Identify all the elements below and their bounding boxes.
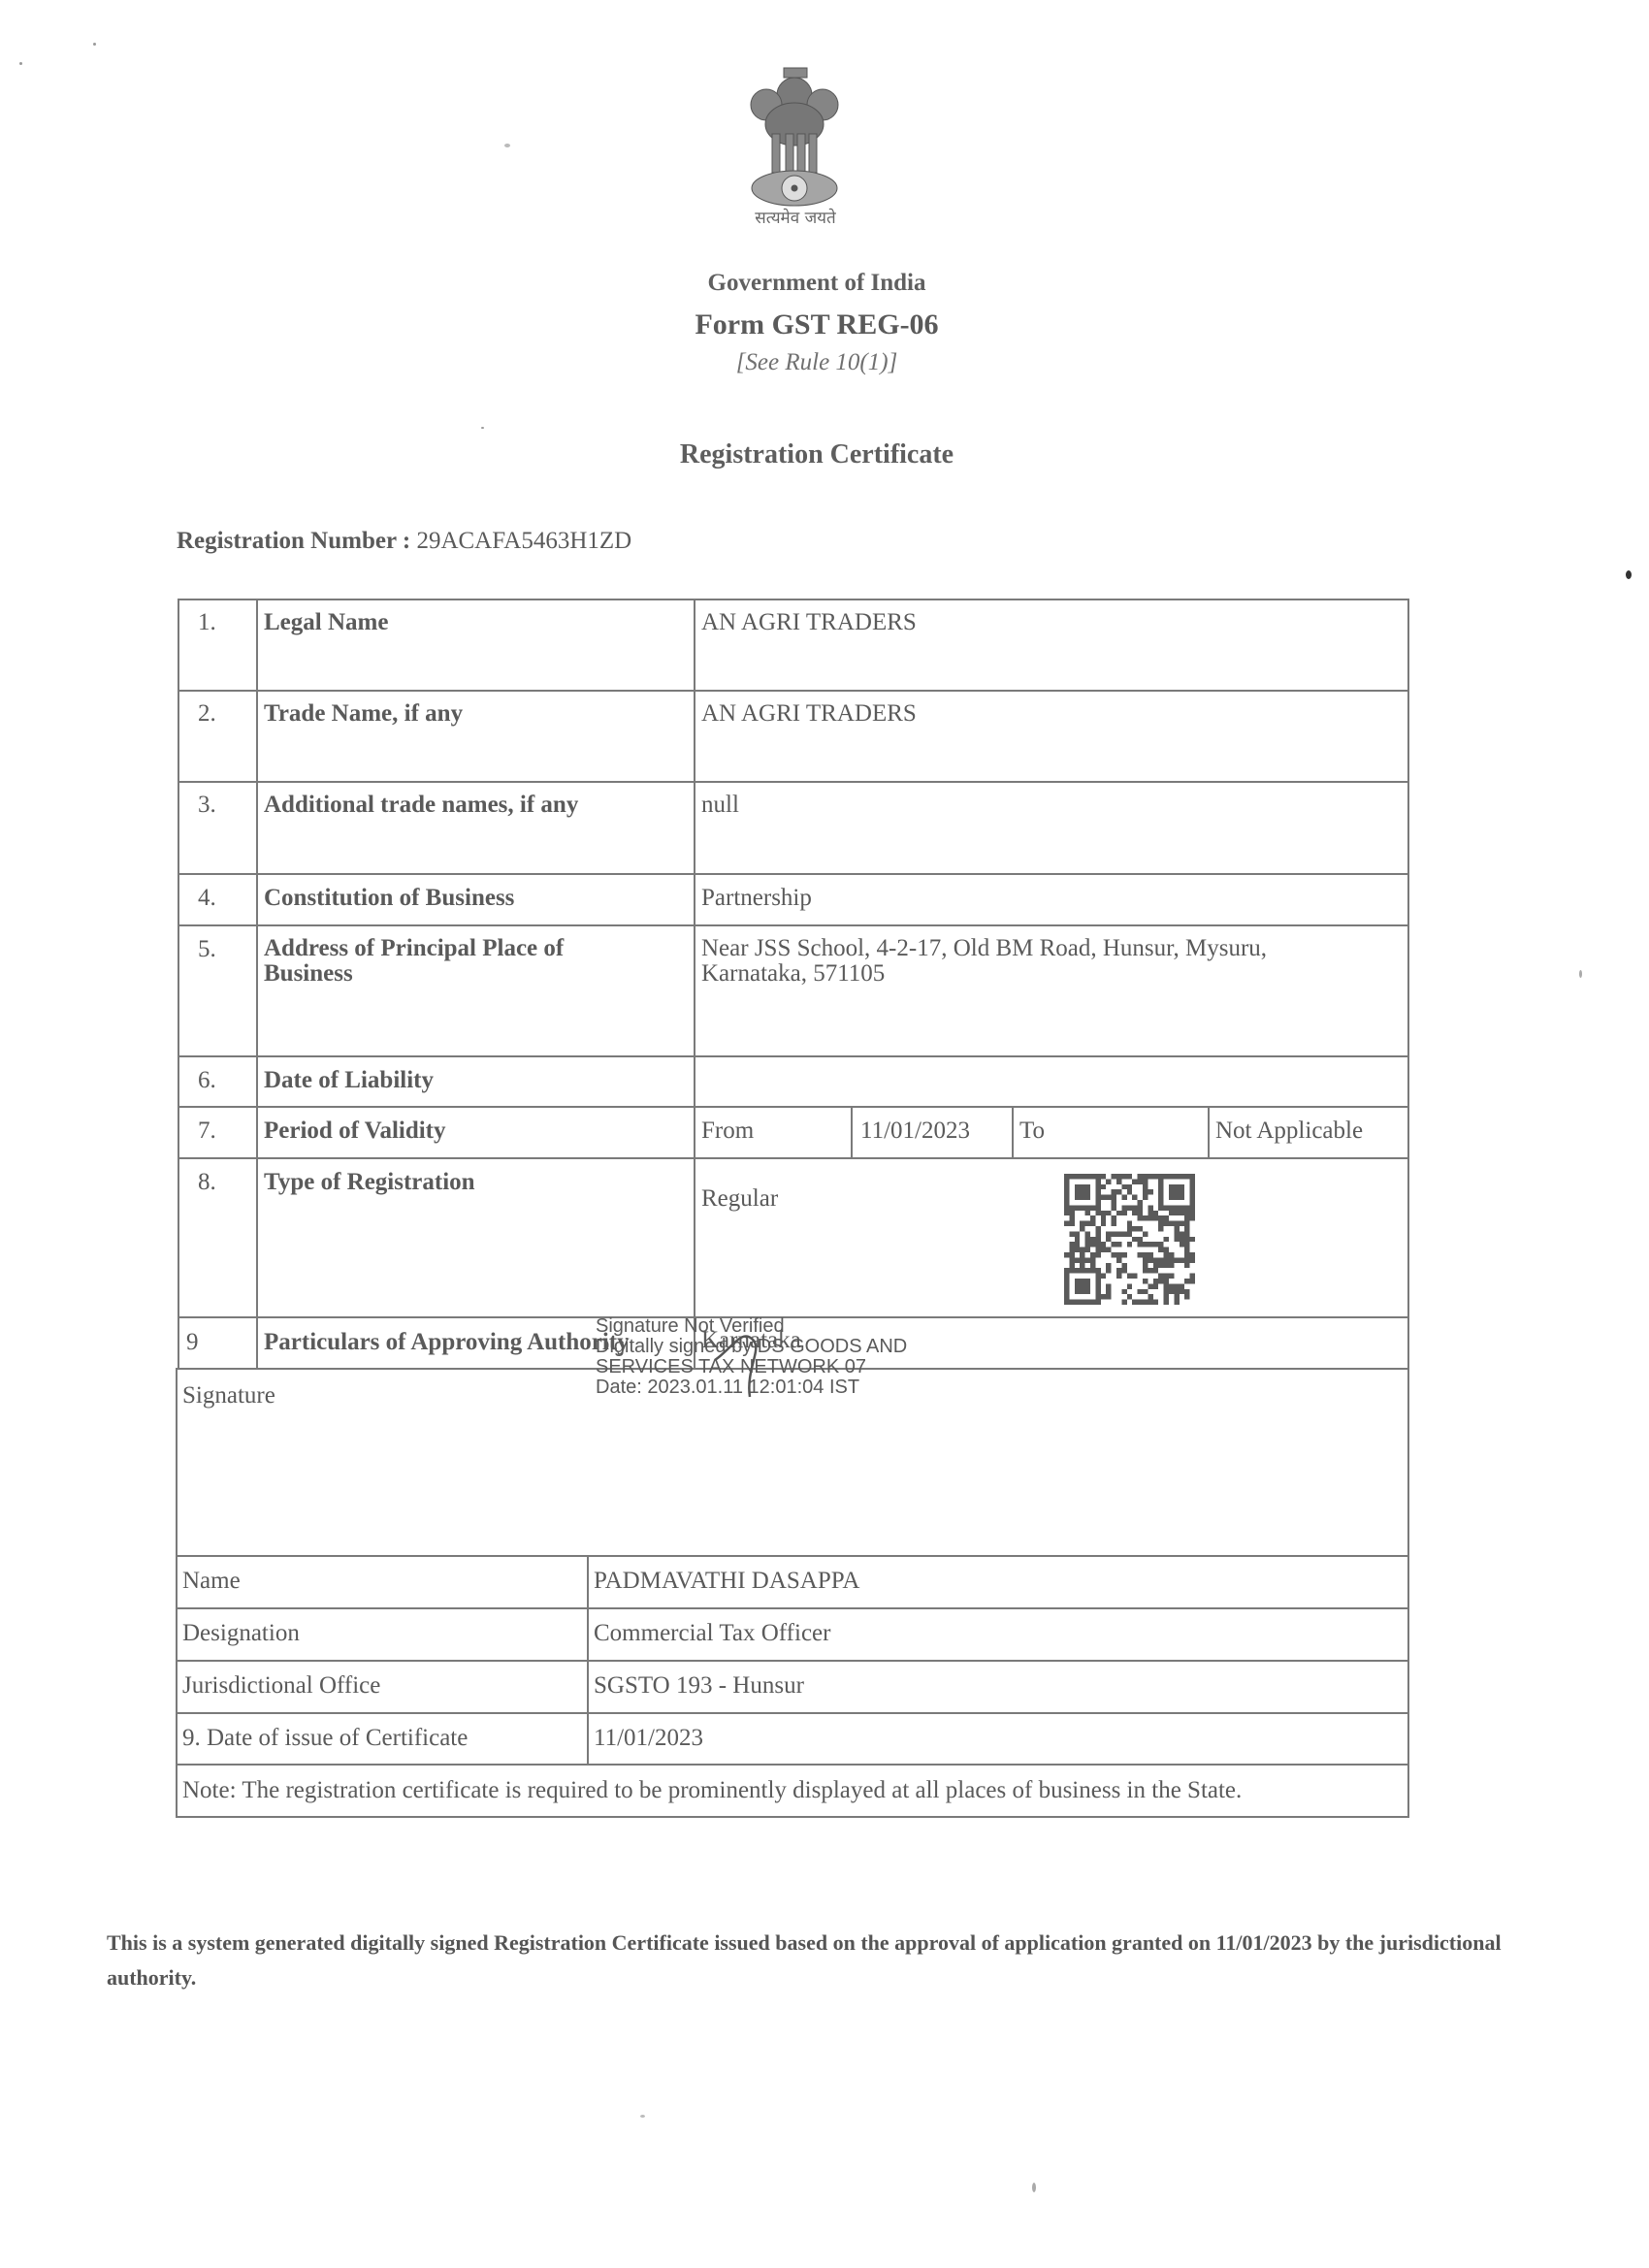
- authority-label: Name: [182, 1568, 241, 1595]
- row-label: Date of Liability: [264, 1067, 434, 1094]
- validity-from-label: From: [701, 1118, 754, 1145]
- officer-name-value: PADMAVATHI DASAPPA: [594, 1568, 859, 1595]
- legal-name-value: AN AGRI TRADERS: [701, 609, 917, 636]
- row-label: Period of Validity: [264, 1118, 446, 1145]
- validity-to-label: To: [1019, 1118, 1045, 1145]
- row-label: Particulars of Approving Authority: [264, 1329, 630, 1356]
- designation-value: Commercial Tax Officer: [594, 1620, 830, 1647]
- display-note: Note: The registration certificate is re…: [182, 1777, 1242, 1804]
- form-heading: Form GST REG-06: [0, 308, 1641, 341]
- national-emblem-icon: [747, 66, 842, 207]
- authority-label: 9. Date of issue of Certificate: [182, 1725, 468, 1752]
- jurisdictional-office-value: SGSTO 193 - Hunsur: [594, 1672, 804, 1700]
- signature-label: Signature: [182, 1382, 275, 1409]
- row-label-line: Address of Principal Place of: [264, 936, 564, 961]
- row-number: 5.: [198, 936, 216, 963]
- qr-code-icon: [1064, 1174, 1195, 1305]
- row-label: Legal Name: [264, 609, 388, 636]
- system-generated-footer: This is a system generated digitally sig…: [107, 1926, 1503, 1995]
- row-number: 3.: [198, 792, 216, 819]
- registration-number-label: Registration Number :: [177, 528, 410, 554]
- trade-name-value: AN AGRI TRADERS: [701, 700, 917, 728]
- rule-reference: [See Rule 10(1)]: [0, 349, 1641, 376]
- authority-label: Designation: [182, 1620, 300, 1647]
- validity-from-value: 11/01/2023: [860, 1118, 970, 1145]
- registration-number: Registration Number : 29ACAFA5463H1ZD: [177, 528, 631, 555]
- certificate-title: Registration Certificate: [0, 439, 1641, 470]
- row-number: 9: [186, 1329, 199, 1356]
- registration-number-value: 29ACAFA5463H1ZD: [416, 528, 631, 554]
- signature-check-icon: [703, 1319, 810, 1407]
- row-number: 7.: [198, 1118, 216, 1145]
- government-heading: Government of India: [0, 270, 1641, 297]
- row-number: 2.: [198, 700, 216, 728]
- row-label-line: Business: [264, 961, 564, 987]
- row-label: Trade Name, if any: [264, 700, 463, 728]
- row-label: Address of Principal Place of Business: [264, 936, 564, 987]
- row-number: 4.: [198, 885, 216, 912]
- row-label: Constitution of Business: [264, 885, 514, 912]
- row-label: Additional trade names, if any: [264, 792, 578, 819]
- validity-to-value: Not Applicable: [1215, 1118, 1363, 1145]
- address-line: Karnataka, 571105: [701, 961, 1267, 987]
- row-number: 6.: [198, 1067, 216, 1094]
- authority-label: Jurisdictional Office: [182, 1672, 380, 1700]
- registration-type-value: Regular: [701, 1185, 778, 1213]
- issue-date-value: 11/01/2023: [594, 1725, 703, 1752]
- constitution-value: Partnership: [701, 885, 812, 912]
- additional-trade-names-value: null: [701, 792, 739, 819]
- address-value: Near JSS School, 4-2-17, Old BM Road, Hu…: [701, 936, 1267, 987]
- motto: सत्यमेव जयते: [718, 206, 873, 228]
- row-label: Type of Registration: [264, 1169, 475, 1196]
- row-number: 8.: [198, 1169, 216, 1196]
- address-line: Near JSS School, 4-2-17, Old BM Road, Hu…: [701, 936, 1267, 961]
- row-number: 1.: [198, 609, 216, 636]
